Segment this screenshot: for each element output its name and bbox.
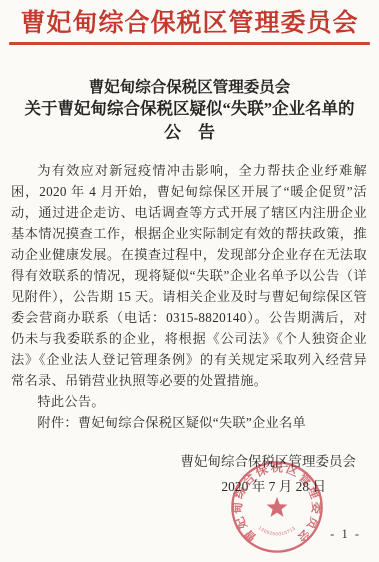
masthead-rule <box>9 42 370 45</box>
masthead-title: 曹妃甸综合保税区管理委员会 <box>0 0 379 40</box>
scanned-notice-page: 曹妃甸综合保税区管理委员会 曹妃甸综合保税区管理委员会 关于曹妃甸综合保税区疑似… <box>0 0 379 562</box>
doc-title-notice-label: 公 告 <box>0 120 379 145</box>
body-paragraph-main: 为有效应对新冠疫情冲击影响，全力帮扶企业纾难解困，2020 年 4 月开始，曹妃… <box>11 160 367 391</box>
doc-title-issuer: 曹妃甸综合保税区管理委员会 <box>0 78 379 98</box>
signature-org: 曹妃甸综合保税区管理委员会 <box>0 454 356 470</box>
page-number: - 1 - <box>330 527 361 542</box>
attachment-line: 附件：曹妃甸综合保税区疑似“失联”企业名单 <box>11 412 367 433</box>
signature-block: 曹妃甸综合保税区管理委员会 2020 年 7 月 28 日 <box>0 454 379 495</box>
notice-body: 为有效应对新冠疫情冲击影响，全力帮扶企业纾难解困，2020 年 4 月开始，曹妃… <box>11 160 367 433</box>
seal-serial-number: 1309250010713 <box>258 525 297 536</box>
seal-star-icon <box>267 497 288 517</box>
svg-text:1309250010713: 1309250010713 <box>258 525 297 536</box>
doc-title-subject: 关于曹妃甸综合保税区疑似“失联”企业名单的 <box>0 98 379 120</box>
document-title: 曹妃甸综合保税区管理委员会 关于曹妃甸综合保税区疑似“失联”企业名单的 公 告 <box>0 78 379 145</box>
body-paragraph-closing: 特此公告。 <box>11 391 367 412</box>
signature-date: 2020 年 7 月 28 日 <box>0 479 356 495</box>
